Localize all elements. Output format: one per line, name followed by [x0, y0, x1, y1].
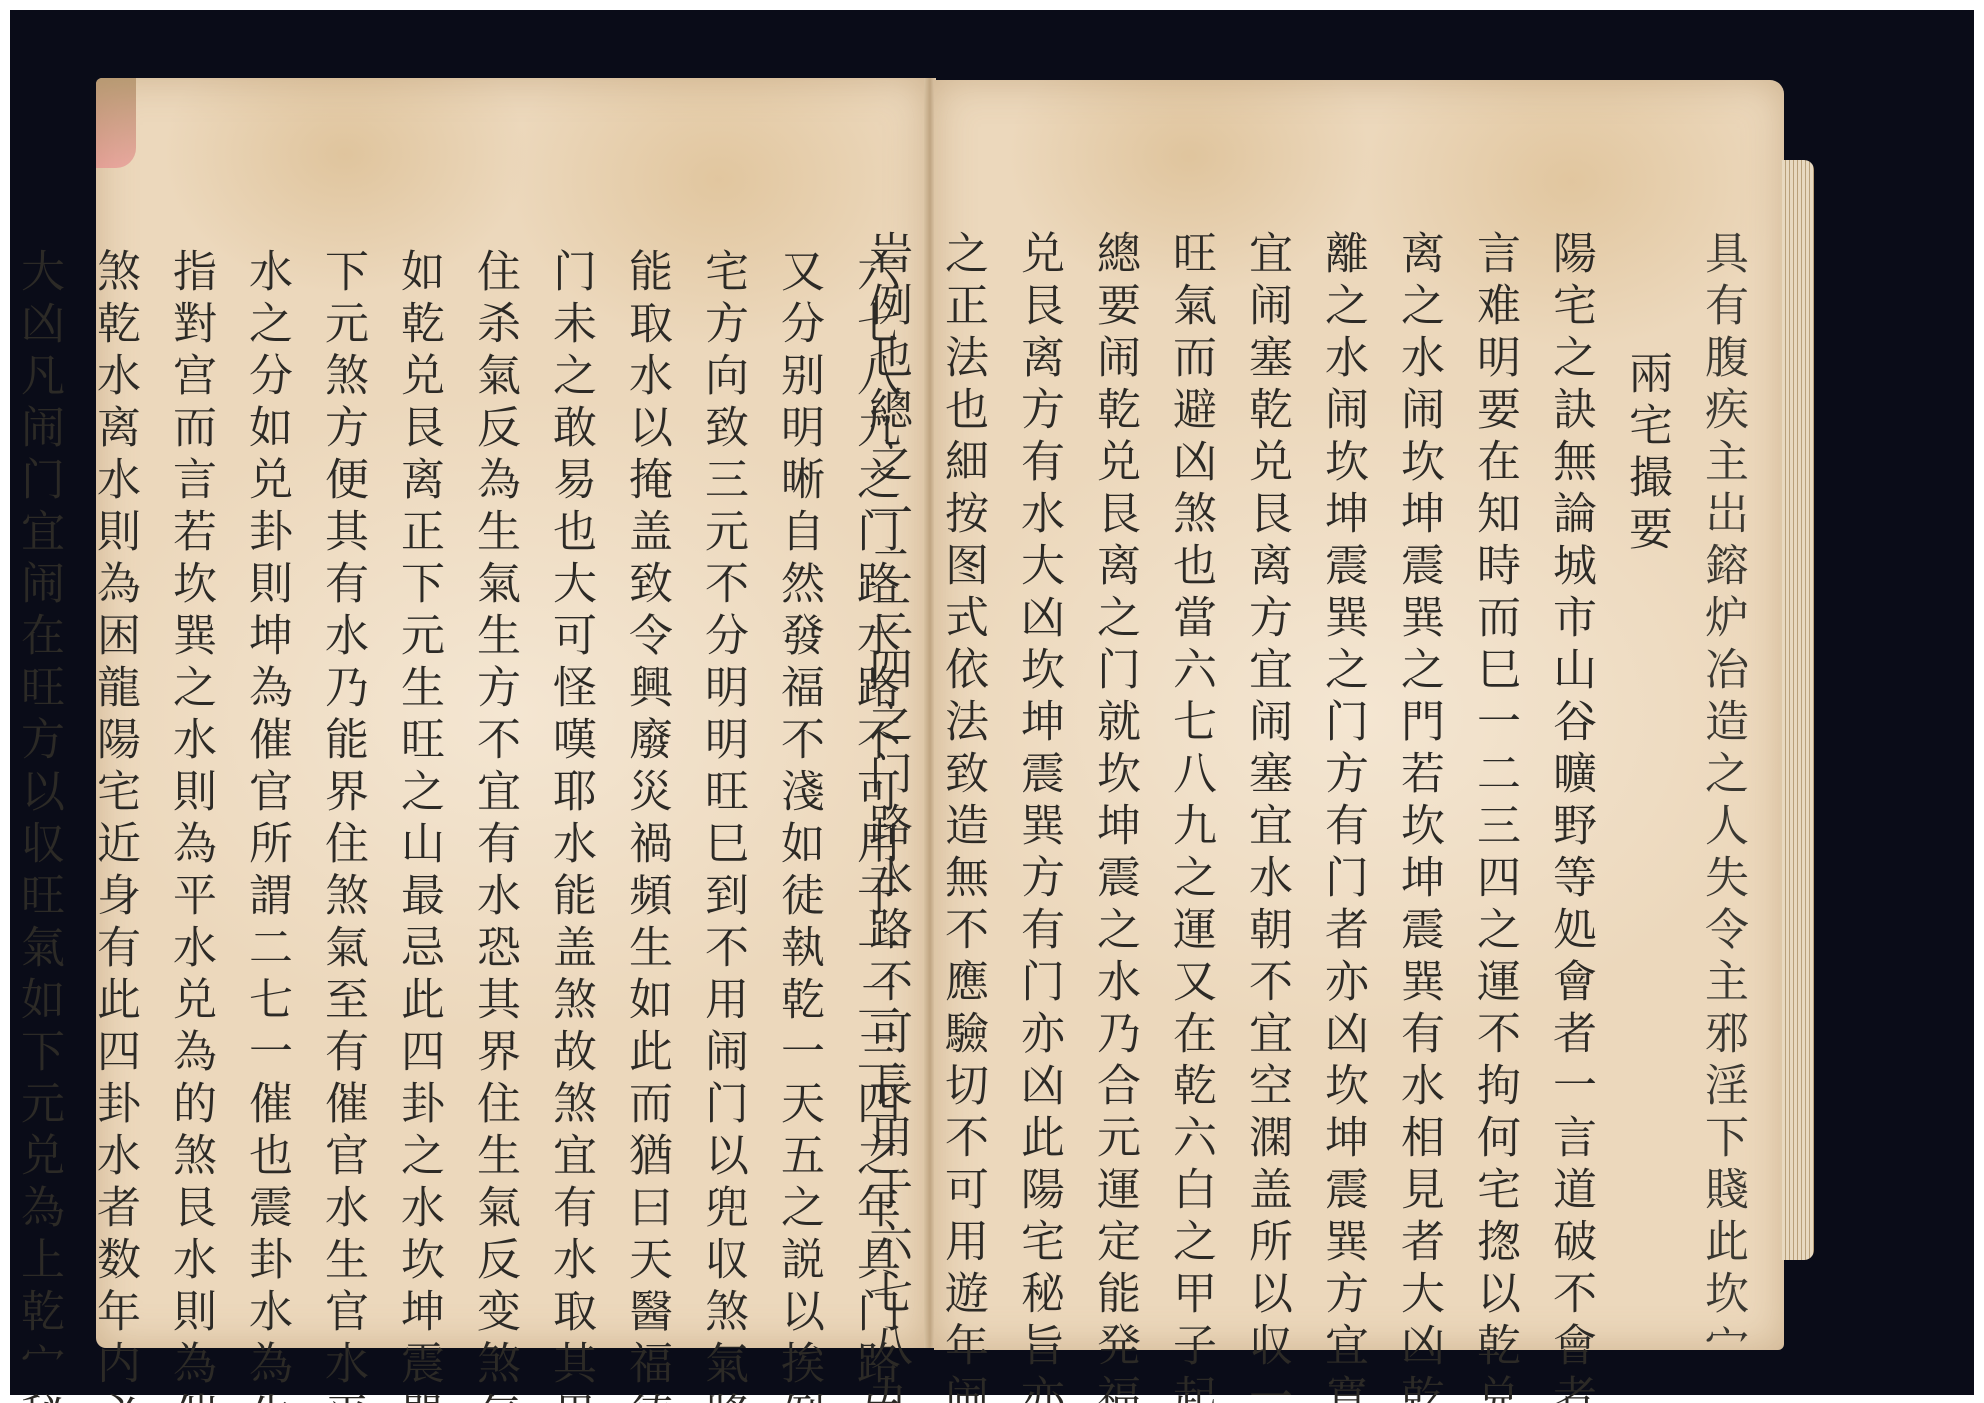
text-column: 之正法也細按图式依法致造無不應驗切不可用遊年闹门之 [908, 230, 984, 1310]
text-column: 言难明要在知時而巳一二三四之運不拘何宅揔以乾兑艮 [1440, 230, 1516, 1310]
continuation-column: 具有腹疾主岀鎔炉冶造之人失令主邪淫下賤此坎宀 [1668, 230, 1744, 1310]
text-column: 住杀氣反為生氣生方不宜有水恐其界住生氣反变煞氣 [440, 248, 516, 1308]
text-column: 兑艮离方有水大凶坎坤震巽方有门亦凶此陽宅秘旨亦八宅 [984, 230, 1060, 1310]
scan-background: 六七八九之门路水路不可用于一二三四之年具门路与水 又分别明晰自然發福不淺如徒執乾… [10, 10, 1974, 1395]
text-column: 宅方向致三元不分明明旺巳到不用闹门以兜収煞氣將来不 [668, 248, 744, 1308]
right-page: 具有腹疾主岀鎔炉冶造之人失令主邪淫下賤此坎宀 兩宅撮要 陽宅之訣無論城市山谷曠野… [934, 80, 1784, 1350]
text-column: 陽宅之訣無論城市山谷曠野等処會者一言道破不會者千 [1516, 230, 1592, 1310]
text-column: 旺氣而避凶煞也當六七八九之運又在乾六白之甲子起坎不拘何宅 [1136, 230, 1212, 1310]
text-column: 大凶凡闹门宜闹在旺方以収旺氣如下元兑為上乾宀秘 [0, 248, 60, 1308]
text-column: 水之分如兑卦則坤為催官所謂二七一催也震卦水為生官 [212, 248, 288, 1308]
text-column: 宜闹塞乾兑艮离方宜闹塞宜水朝不宜空澖盖所以収一時之水 [1212, 230, 1288, 1310]
text-column: 煞乾水离水則為困龍陽宅近身有此四卦水者数年内必奍 [60, 248, 136, 1308]
page-edge-stack [1782, 160, 1814, 1260]
text-column: 下元煞方便其有水乃能界住煞氣至有催官水生官水平 [288, 248, 364, 1308]
text-column: 能取水以掩盖致令興廢災禍頻生如此而猶曰天醫福德之 [592, 248, 668, 1308]
text-column: 门未之敢易也大可怪嘆耶水能盖煞故煞宜有水取其界 [516, 248, 592, 1308]
right-page-text-columns: 具有腹疾主岀鎔炉冶造之人失令主邪淫下賤此坎宀 兩宅撮要 陽宅之訣無論城市山谷曠野… [974, 230, 1744, 1310]
text-column: 离之水闹坎坤震巽之門若坎坤震巽有水相見者大凶乾兑艮 [1364, 230, 1440, 1310]
text-column: 如乾兑艮离正下元生旺之山最忌此四卦之水坎坤震巽本是 [364, 248, 440, 1308]
text-column: 又分别明晰自然發福不淺如徒執乾一天五之説以挨例五行 [744, 248, 820, 1308]
text-column: 離之水闹坎坤震巽之门方有门者亦凶坎坤震巽方宜寬澖不 [1288, 230, 1364, 1310]
manuscript-spread: 六七八九之门路水路不可用于一二三四之年具门路与水 又分别明晰自然發福不淺如徒執乾… [96, 60, 1814, 1350]
text-column: 指對宫而言若坎巽之水則為平水兑為的煞艮水則為催宀 [136, 248, 212, 1308]
left-page: 六七八九之门路水路不可用于一二三四之年具门路与水 又分别明晰自然發福不淺如徒執乾… [96, 78, 926, 1348]
text-column: 岩例也總之一二三四之门路水路不可長用于六七八九之岁 [832, 230, 908, 1310]
text-column: 總要闹乾兑艮离之门就坎坤震之水乃合元運定能発福若乾 [1060, 230, 1136, 1310]
left-page-text-columns: 六七八九之门路水路不可用于一二三四之年具门路与水 又分别明晰自然發福不淺如徒執乾… [116, 248, 896, 1308]
section-title: 兩宅撮要 [1592, 230, 1668, 1310]
